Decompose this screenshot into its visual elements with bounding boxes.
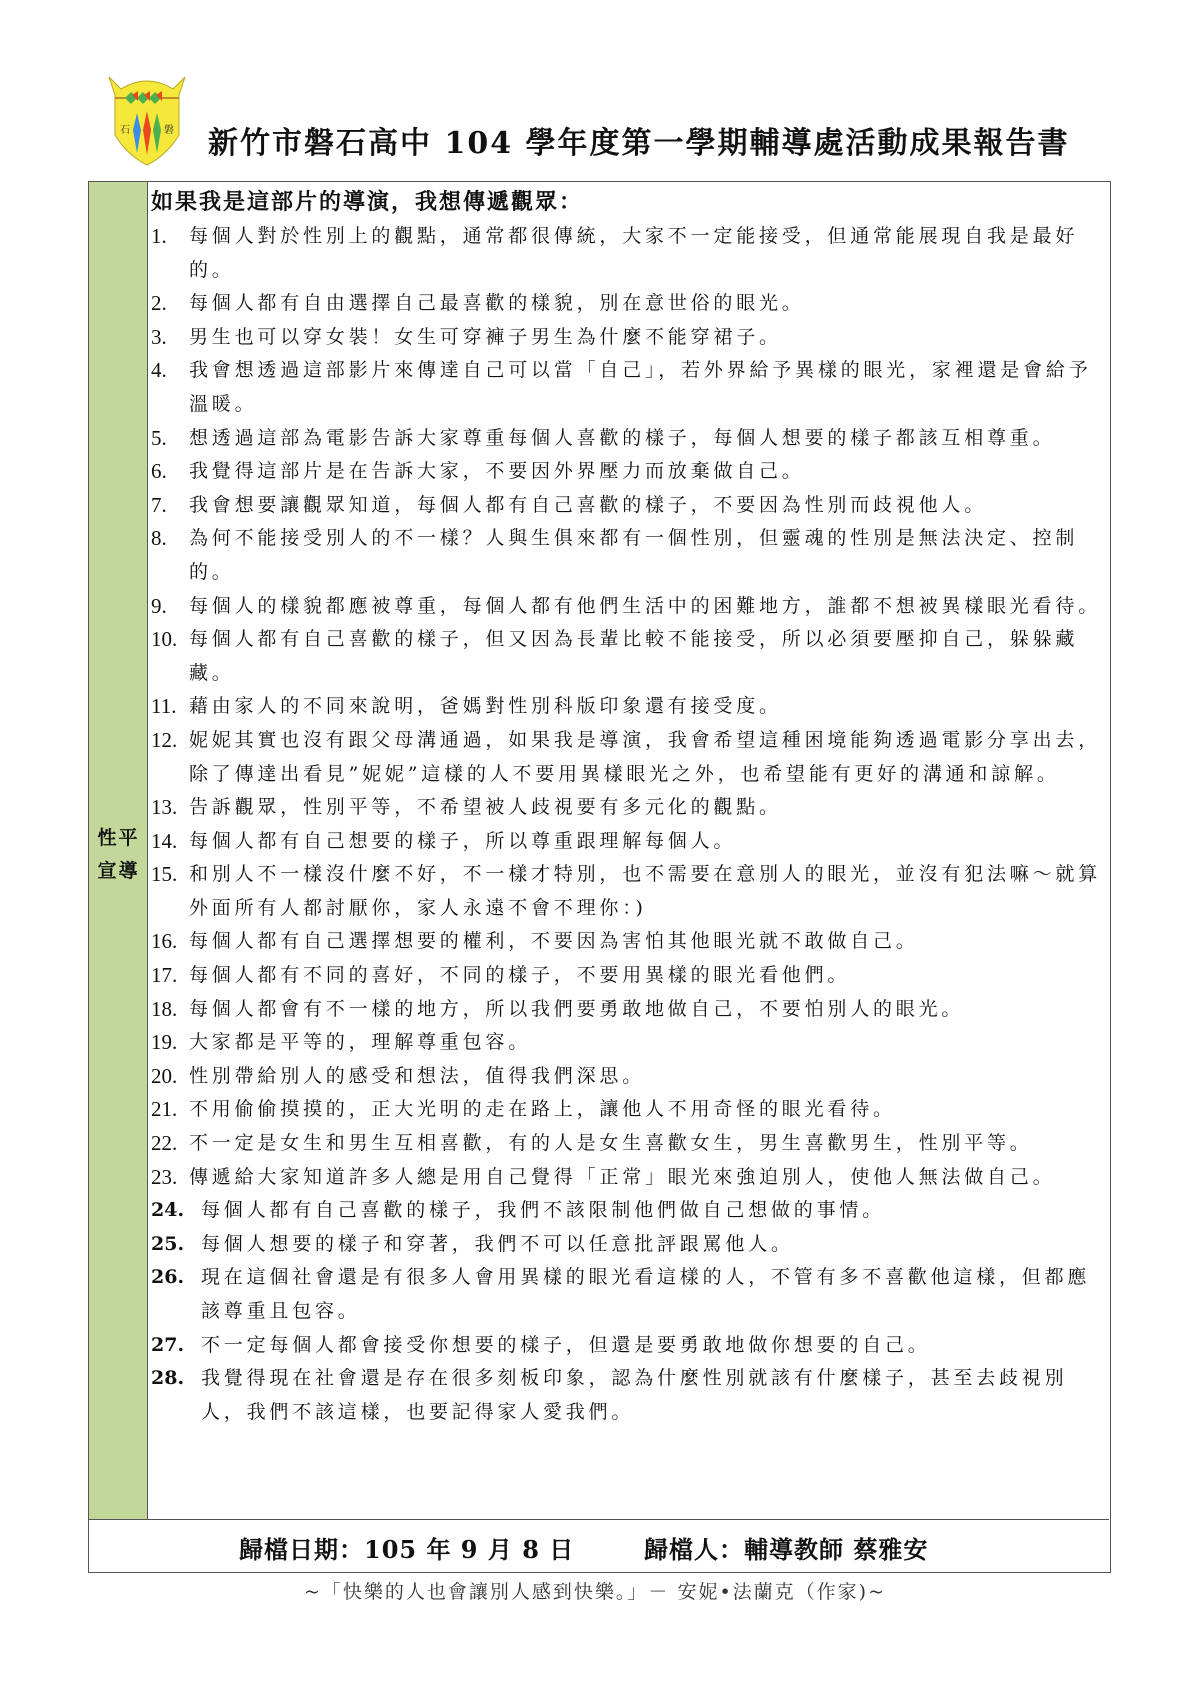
list-item-text: 每個人都有自己選擇想要的權利，不要因為害怕其他眼光就不敢做自己。 xyxy=(189,925,1106,959)
list-item-text: 不一定每個人都會接受你想要的樣子，但還是要勇敢地做你想要的自己。 xyxy=(201,1329,1106,1363)
category-label-line-2: 宣導 xyxy=(89,855,148,888)
list-item-number: 17. xyxy=(151,959,177,993)
list-item-number: 27. xyxy=(151,1329,184,1363)
list-item: 5.想透過這部為電影告訴大家尊重每個人喜歡的樣子，每個人想要的樣子都該互相尊重。 xyxy=(151,422,1106,456)
list-item: 17.每個人都有不同的喜好，不同的樣子，不要用異樣的眼光看他們。 xyxy=(151,959,1106,993)
list-item-text: 傳遞給大家知道許多人總是用自己覺得「正常」眼光來強迫別人，使他人無法做自己。 xyxy=(189,1161,1106,1195)
list-item: 25.每個人想要的樣子和穿著，我們不可以任意批評跟罵他人。 xyxy=(151,1228,1106,1262)
list-item-text: 性別帶給別人的感受和想法，值得我們深思。 xyxy=(189,1060,1106,1094)
filing-date: 歸檔日期：105 年 9 月 8 日 xyxy=(239,1530,574,1565)
list-item-text: 藉由家人的不同來說明，爸媽對性別科版印象還有接受度。 xyxy=(189,690,1106,724)
category-label: 性平 宣導 xyxy=(89,822,148,888)
list-item: 23.傳遞給大家知道許多人總是用自己覺得「正常」眼光來強迫別人，使他人無法做自己… xyxy=(151,1161,1106,1195)
list-item-text: 我會想要讓觀眾知道，每個人都有自己喜歡的樣子，不要因為性別而歧視他人。 xyxy=(189,489,1106,523)
list-item: 10.每個人都有自己喜歡的樣子，但又因為長輩比較不能接受，所以必須要壓抑自己，躲… xyxy=(151,623,1106,690)
footer-quote: ~「快樂的人也會讓別人感到快樂。」－ 安妮•法蘭克（作家)~ xyxy=(0,1577,1190,1604)
list-item: 28.我覺得現在社會還是存在很多刻板印象，認為什麼性別就該有什麼樣子，甚至去歧視… xyxy=(151,1362,1106,1429)
list-item-number: 7. xyxy=(151,489,167,523)
document-title: 新竹市磐石高中 104 學年度第一學期輔導處活動成果報告書 xyxy=(208,118,1070,162)
list-item-number: 22. xyxy=(151,1127,177,1161)
list-item: 11.藉由家人的不同來說明，爸媽對性別科版印象還有接受度。 xyxy=(151,690,1106,724)
list-item: 27.不一定每個人都會接受你想要的樣子，但還是要勇敢地做你想要的自己。 xyxy=(151,1329,1106,1363)
list-item-text: 我會想透過這部影片來傳達自己可以當「自己」，若外界給予異樣的眼光，家裡還是會給予… xyxy=(189,354,1106,421)
list-item-number: 18. xyxy=(151,993,177,1027)
list-item-text: 每個人都會有不一樣的地方，所以我們要勇敢地做自己，不要怕別人的眼光。 xyxy=(189,993,1106,1027)
list-item-number: 21. xyxy=(151,1093,177,1127)
list-item-text: 每個人都有自己喜歡的樣子，但又因為長輩比較不能接受，所以必須要壓抑自己，躲躲藏藏… xyxy=(189,623,1106,690)
list-item-text: 每個人都有自由選擇自己最喜歡的樣貌，別在意世俗的眼光。 xyxy=(189,287,1106,321)
list-item-number: 14. xyxy=(151,825,177,859)
section-heading: 如果我是這部片的導演，我想傳遞觀眾： xyxy=(151,186,1106,218)
list-item: 15.和別人不一樣沒什麼不好，不一樣才特別，也不需要在意別人的眼光，並沒有犯法嘛… xyxy=(151,858,1106,925)
response-list: 1.每個人對於性別上的觀點，通常都很傳統，大家不一定能接受，但通常能展現自我是最… xyxy=(151,220,1106,1429)
list-item: 6.我覺得這部片是在告訴大家，不要因外界壓力而放棄做自己。 xyxy=(151,455,1106,489)
list-item: 1.每個人對於性別上的觀點，通常都很傳統，大家不一定能接受，但通常能展現自我是最… xyxy=(151,220,1106,287)
list-item-number: 6. xyxy=(151,455,167,489)
list-item-text: 大家都是平等的，理解尊重包容。 xyxy=(189,1026,1106,1060)
list-item-number: 15. xyxy=(151,858,177,892)
list-item-text: 想透過這部為電影告訴大家尊重每個人喜歡的樣子，每個人想要的樣子都該互相尊重。 xyxy=(189,422,1106,456)
page-header: 石 磐 新竹市磐石高中 104 學年度第一學期輔導處活動成果報告書 xyxy=(0,0,1190,180)
list-item-number: 23. xyxy=(151,1161,177,1195)
list-item: 21.不用偷偷摸摸的，正大光明的走在路上，讓他人不用奇怪的眼光看待。 xyxy=(151,1093,1106,1127)
list-item-number: 12. xyxy=(151,724,177,758)
list-item-number: 8. xyxy=(151,522,167,556)
list-item-number: 10. xyxy=(151,623,177,657)
list-item: 26.現在這個社會還是有很多人會用異樣的眼光看這樣的人，不管有多不喜歡他這樣，但… xyxy=(151,1261,1106,1328)
list-item: 8.為何不能接受別人的不一樣？人與生俱來都有一個性別，但靈魂的性別是無法決定、控… xyxy=(151,522,1106,589)
list-item-text: 妮妮其實也沒有跟父母溝通過，如果我是導演，我會希望這種困境能夠透過電影分享出去，… xyxy=(189,724,1106,791)
list-item: 22.不一定是女生和男生互相喜歡，有的人是女生喜歡女生，男生喜歡男生，性別平等。 xyxy=(151,1127,1106,1161)
list-item-number: 24. xyxy=(151,1194,184,1228)
list-item: 14.每個人都有自己想要的樣子，所以尊重跟理解每個人。 xyxy=(151,825,1106,859)
list-item: 24.每個人都有自己喜歡的樣子，我們不該限制他們做自己想做的事情。 xyxy=(151,1194,1106,1228)
list-item-number: 26. xyxy=(151,1261,184,1295)
category-label-line-1: 性平 xyxy=(89,822,148,855)
list-item-number: 9. xyxy=(151,590,167,624)
list-item-text: 每個人對於性別上的觀點，通常都很傳統，大家不一定能接受，但通常能展現自我是最好的… xyxy=(189,220,1106,287)
list-item: 12.妮妮其實也沒有跟父母溝通過，如果我是導演，我會希望這種困境能夠透過電影分享… xyxy=(151,724,1106,791)
list-item-number: 3. xyxy=(151,321,167,355)
list-item-number: 16. xyxy=(151,925,177,959)
list-item-number: 11. xyxy=(151,690,176,724)
list-item: 20.性別帶給別人的感受和想法，值得我們深思。 xyxy=(151,1060,1106,1094)
report-table: 性平 宣導 如果我是這部片的導演，我想傳遞觀眾： 1.每個人對於性別上的觀點，通… xyxy=(88,181,1111,1573)
list-item: 3.男生也可以穿女裝！女生可穿褲子男生為什麼不能穿裙子。 xyxy=(151,321,1106,355)
list-item-text: 每個人都有自己喜歡的樣子，我們不該限制他們做自己想做的事情。 xyxy=(201,1194,1106,1228)
list-item-number: 28. xyxy=(151,1362,184,1396)
list-item-text: 不一定是女生和男生互相喜歡，有的人是女生喜歡女生，男生喜歡男生，性別平等。 xyxy=(189,1127,1106,1161)
list-item: 16.每個人都有自己選擇想要的權利，不要因為害怕其他眼光就不敢做自己。 xyxy=(151,925,1106,959)
list-item-text: 男生也可以穿女裝！女生可穿褲子男生為什麼不能穿裙子。 xyxy=(189,321,1106,355)
list-item-number: 19. xyxy=(151,1026,177,1060)
list-item-text: 每個人的樣貌都應被尊重，每個人都有他們生活中的困難地方，誰都不想被異樣眼光看待。 xyxy=(189,590,1106,624)
list-item: 2.每個人都有自由選擇自己最喜歡的樣貌，別在意世俗的眼光。 xyxy=(151,287,1106,321)
category-cell: 性平 宣導 xyxy=(89,182,148,1519)
list-item: 13.告訴觀眾，性別平等，不希望被人歧視要有多元化的觀點。 xyxy=(151,791,1106,825)
list-item-text: 告訴觀眾，性別平等，不希望被人歧視要有多元化的觀點。 xyxy=(189,791,1106,825)
svg-text:石: 石 xyxy=(120,124,130,136)
list-item-number: 2. xyxy=(151,287,167,321)
list-item-number: 4. xyxy=(151,354,167,388)
svg-text:磐: 磐 xyxy=(164,123,174,136)
list-item-text: 每個人都有自己想要的樣子，所以尊重跟理解每個人。 xyxy=(189,825,1106,859)
list-item: 4.我會想透過這部影片來傳達自己可以當「自己」，若外界給予異樣的眼光，家裡還是會… xyxy=(151,354,1106,421)
filing-person: 歸檔人：輔導教師 蔡雅安 xyxy=(644,1530,928,1565)
list-item-text: 每個人都有不同的喜好，不同的樣子，不要用異樣的眼光看他們。 xyxy=(189,959,1106,993)
list-item-number: 20. xyxy=(151,1060,177,1094)
list-item-text: 現在這個社會還是有很多人會用異樣的眼光看這樣的人，不管有多不喜歡他這樣，但都應該… xyxy=(201,1261,1106,1328)
list-item-text: 我覺得這部片是在告訴大家，不要因外界壓力而放棄做自己。 xyxy=(189,455,1106,489)
list-item-number: 13. xyxy=(151,791,177,825)
filing-row: 歸檔日期：105 年 9 月 8 日 歸檔人：輔導教師 蔡雅安 xyxy=(89,1519,1109,1572)
list-item: 18.每個人都會有不一樣的地方，所以我們要勇敢地做自己，不要怕別人的眼光。 xyxy=(151,993,1106,1027)
list-item-text: 和別人不一樣沒什麼不好，不一樣才特別，也不需要在意別人的眼光，並沒有犯法嘛～就算… xyxy=(189,858,1106,925)
list-item-text: 不用偷偷摸摸的，正大光明的走在路上，讓他人不用奇怪的眼光看待。 xyxy=(189,1093,1106,1127)
list-item-text: 為何不能接受別人的不一樣？人與生俱來都有一個性別，但靈魂的性別是無法決定、控制的… xyxy=(189,522,1106,589)
school-crest-logo-icon: 石 磐 xyxy=(107,75,187,167)
list-item-number: 1. xyxy=(151,220,167,254)
list-item: 19.大家都是平等的，理解尊重包容。 xyxy=(151,1026,1106,1060)
list-item-number: 25. xyxy=(151,1228,184,1262)
list-item: 7.我會想要讓觀眾知道，每個人都有自己喜歡的樣子，不要因為性別而歧視他人。 xyxy=(151,489,1106,523)
list-item: 9.每個人的樣貌都應被尊重，每個人都有他們生活中的困難地方，誰都不想被異樣眼光看… xyxy=(151,590,1106,624)
content-cell: 如果我是這部片的導演，我想傳遞觀眾： 1.每個人對於性別上的觀點，通常都很傳統，… xyxy=(151,186,1106,1429)
list-item-number: 5. xyxy=(151,422,167,456)
list-item-text: 每個人想要的樣子和穿著，我們不可以任意批評跟罵他人。 xyxy=(201,1228,1106,1262)
list-item-text: 我覺得現在社會還是存在很多刻板印象，認為什麼性別就該有什麼樣子，甚至去歧視別人，… xyxy=(201,1362,1106,1429)
